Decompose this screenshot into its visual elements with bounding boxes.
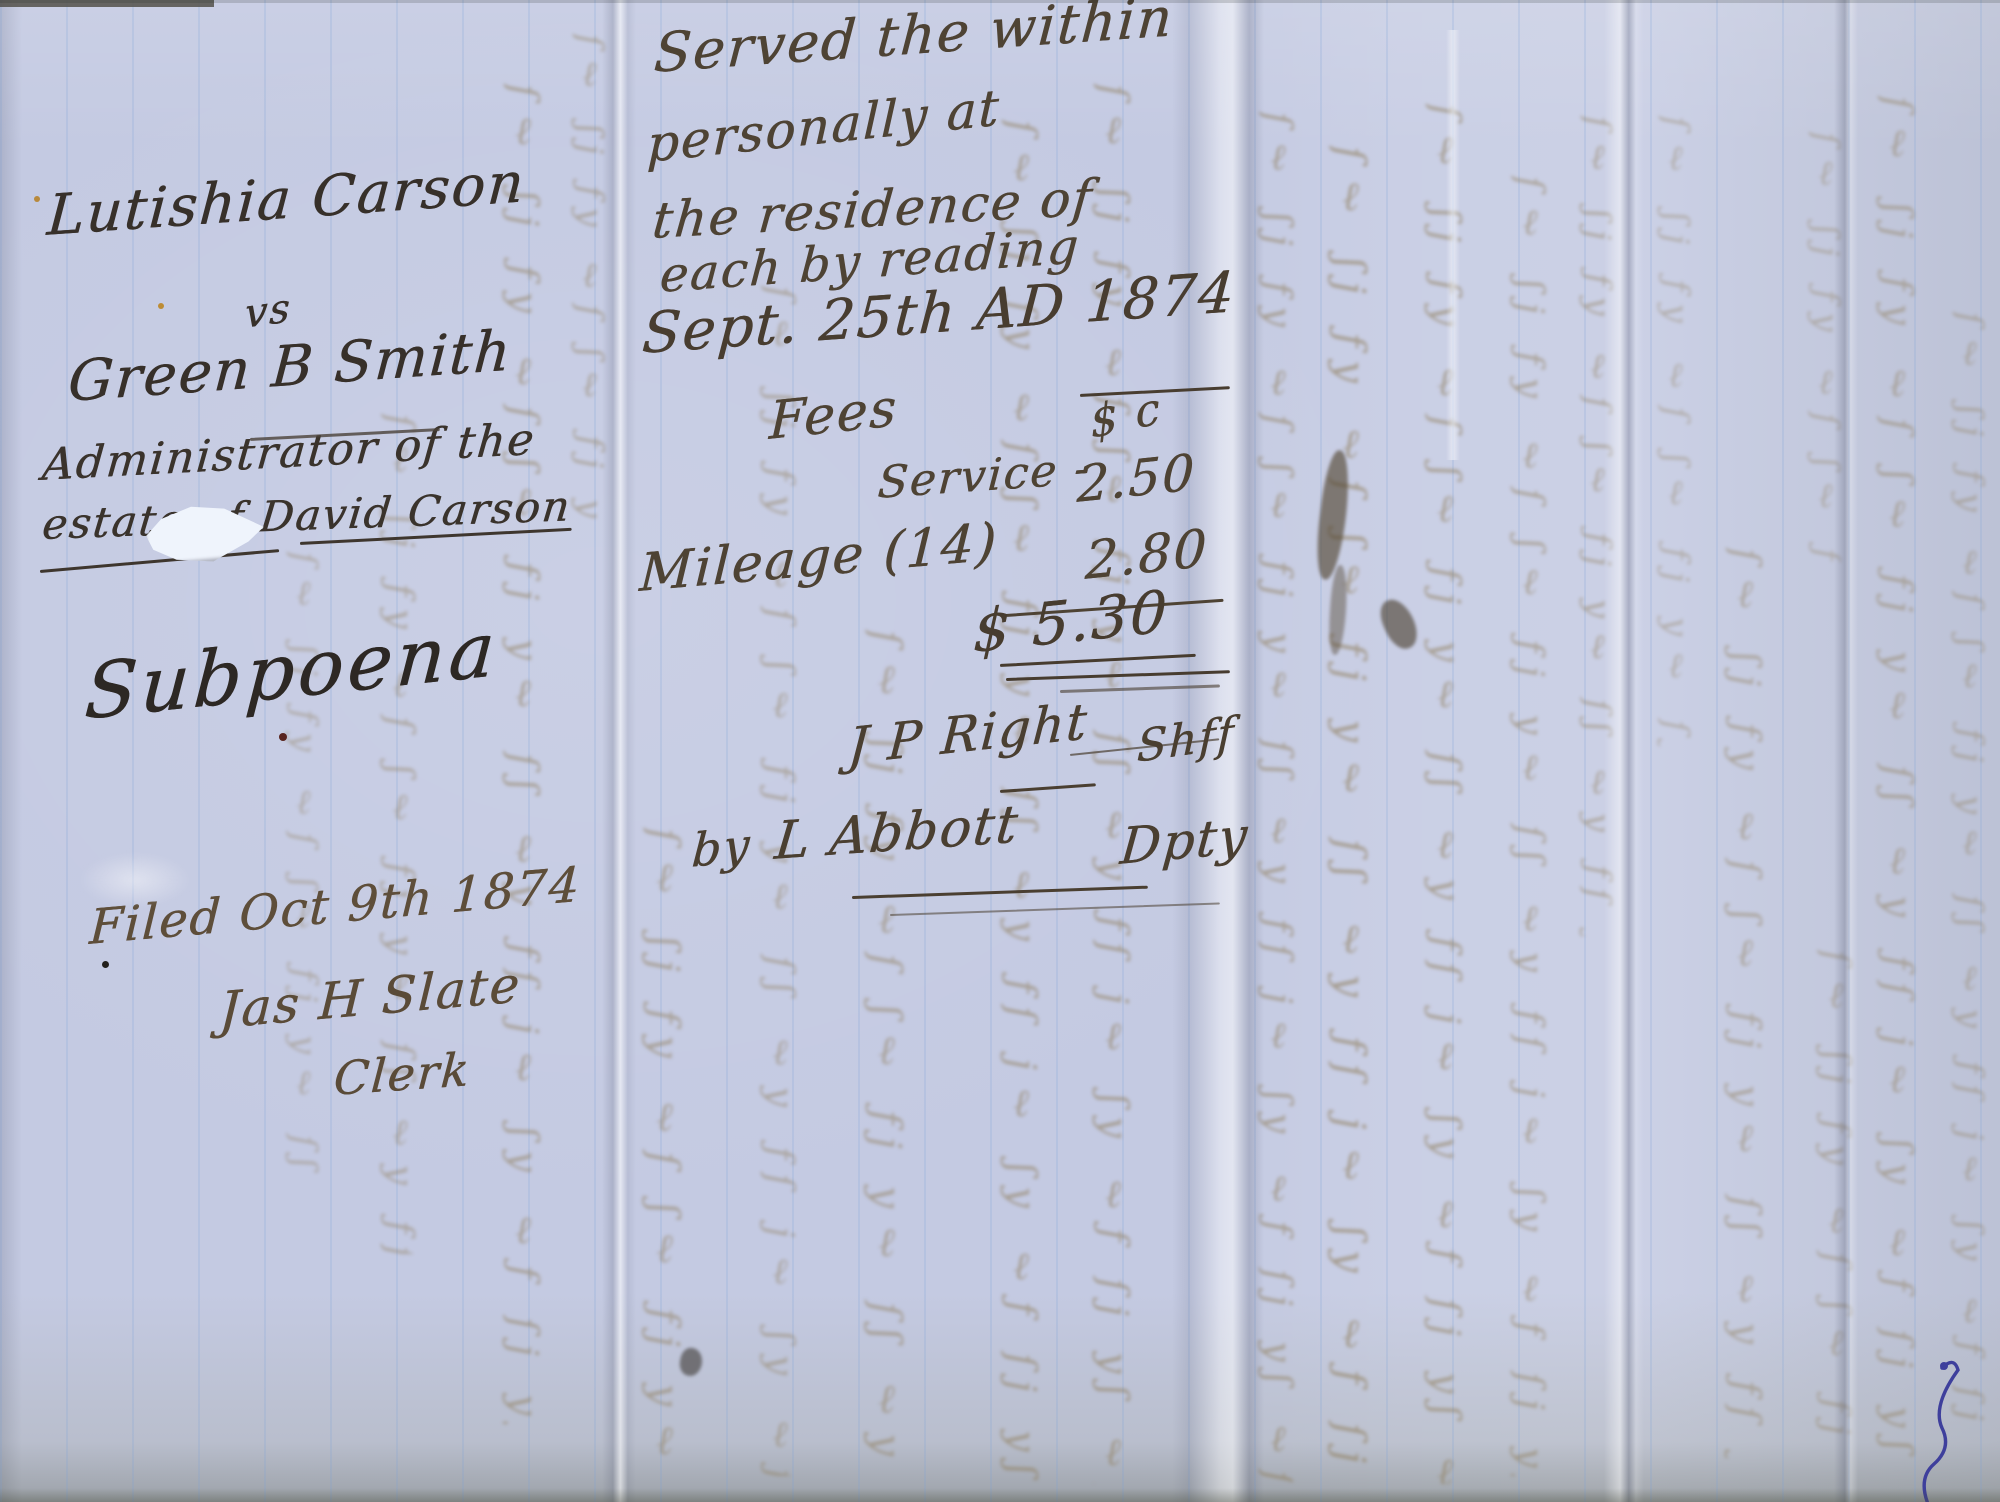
fee-service-label: Service - (876, 443, 1093, 509)
bleedthrough-writing: ſℓ ʃj ƒy ℓſ ʃℓ ƒj yℓ ſʃ ℓy ƒſ jℓ ʃy ℓƒ ſ… (1720, 548, 1768, 1458)
defendant-name: Green B Smith (66, 319, 514, 415)
subpoena-document-scan: ſℓ ʃj ƒy ℓſ ʃℓ ƒj yℓ ſʃ ℓy ƒſ jℓ ʃy ℓƒ ſ… (0, 0, 2000, 1502)
underline (890, 902, 1220, 916)
bleedthrough-writing: ſℓ ʃj ƒy ℓſ ʃℓ ƒj yℓ ſʃ ℓy ƒſ jℓ ʃy ℓƒ ſ… (752, 286, 800, 1476)
scan-edge-shadow (0, 0, 2000, 3)
defendant-role-line2: estate of David Carson (40, 481, 574, 549)
bleedthrough-writing: ſℓ ʃj ƒy ℓſ ʃℓ ƒj yℓ ſʃ ℓy ƒſ jℓ ʃy ℓƒ ſ… (1570, 116, 1618, 936)
paper-wrinkle (55, 840, 215, 920)
bleedthrough-writing: ſℓ ʃj ƒy ℓſ ʃℓ ƒj yℓ ſʃ ℓy ƒſ jℓ ʃy ℓƒ ſ… (498, 84, 546, 1424)
bleedthrough-writing: ſℓ ʃj ƒy ℓſ ʃℓ ƒj yℓ ſʃ ℓy ƒſ jℓ ʃy ℓƒ ſ… (1326, 146, 1374, 1486)
fee-mileage-label: Mileage (14) (638, 512, 999, 604)
fees-heading: Fees (768, 378, 899, 452)
fee-service-amount: 2.50 (1076, 443, 1197, 514)
return-line-2: personally at (646, 78, 1001, 174)
ink-smudge (1375, 594, 1424, 654)
bleedthrough-writing: ſℓ ʃj ƒy ℓſ ʃℓ ƒj yℓ ſʃ ℓy ƒſ jℓ ʃy ℓƒ ſ… (1872, 96, 1920, 1486)
sheriff-title-abbrev: Shff (1136, 707, 1236, 773)
bleedthrough-writing: ſℓ ʃj ƒy ℓſ ʃℓ ƒj yℓ ſʃ ℓy ƒſ jℓ ʃy ℓƒ ſ… (1942, 312, 1990, 1432)
bleedthrough-writing: ſℓ ʃj ƒy ℓſ ʃℓ ƒj yℓ ſʃ ℓy ƒſ jℓ ʃy ℓƒ ſ… (1420, 104, 1468, 1484)
foxing-speck (158, 303, 164, 309)
clerk-title: Clerk (332, 1042, 472, 1106)
scan-edge-shadow (0, 1488, 2000, 1502)
bleedthrough-writing: ſℓ ʃj ƒy ℓſ ʃℓ ƒj yℓ ſʃ ℓy ƒſ jℓ ʃy ℓƒ ſ… (1808, 950, 1856, 1460)
blue-ink-mark (1858, 1352, 1998, 1502)
versus-label: vs (244, 285, 292, 338)
deputy-signature: L Abbott (772, 794, 1022, 872)
bleedthrough-writing: ſℓ ʃj ƒy ℓſ ʃℓ ƒj yℓ ſʃ ℓy ƒſ jℓ ʃy ℓƒ ſ… (1798, 132, 1846, 562)
deputy-title-abbrev: Dpty (1118, 806, 1251, 876)
return-line-1: Served the within (652, 0, 1176, 85)
underline (40, 549, 279, 573)
bleedthrough-writing: ſℓ ʃj ƒy ℓſ ʃℓ ƒj yℓ ſʃ ℓy ƒſ jℓ ʃy ℓƒ ſ… (640, 828, 688, 1478)
defendant-role-line1: Administrator of the (40, 414, 537, 491)
foxing-speck (34, 196, 40, 202)
clerk-signature: Jas H Slate (218, 955, 523, 1040)
bleedthrough-writing: ſℓ ʃj ƒy ℓſ ʃℓ ƒj yℓ ſʃ ℓy ƒſ jℓ ʃy ℓƒ ſ… (562, 34, 610, 534)
ink-speck (279, 733, 287, 741)
bleedthrough-writing: ſℓ ʃj ƒy ℓſ ʃℓ ƒj yℓ ſʃ ℓy ƒſ jℓ ʃy ℓƒ ſ… (1502, 176, 1550, 1476)
bleedthrough-writing: ſℓ ʃj ƒy ℓſ ʃℓ ƒj yℓ ſʃ ℓy ƒſ jℓ ʃy ℓƒ ſ… (1648, 116, 1696, 746)
bleedthrough-writing: ſℓ ʃj ƒy ℓſ ʃℓ ƒj yℓ ſʃ ℓy ƒſ jℓ ʃy ℓƒ ſ… (1250, 112, 1298, 1482)
deputy-by-label: by (690, 817, 753, 878)
ink-speck (102, 961, 109, 968)
plaintiff-name: Lutishia Carson (45, 150, 528, 249)
